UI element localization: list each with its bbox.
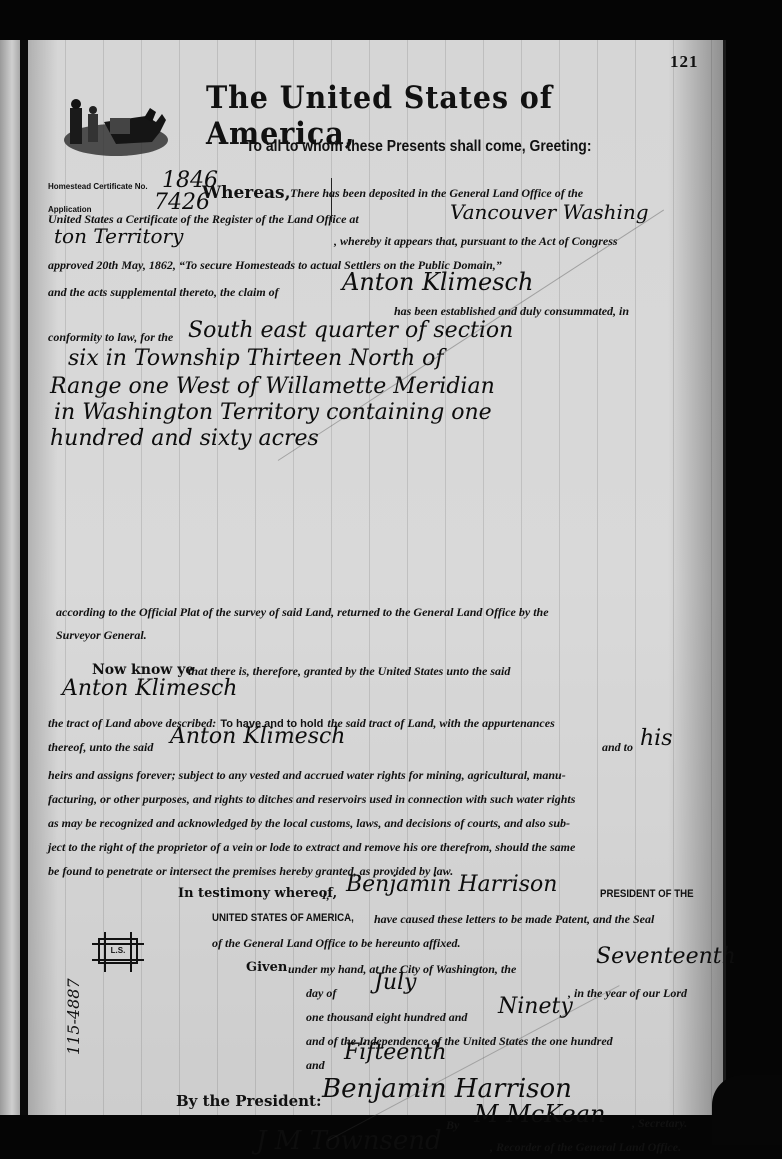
rights-line-3: as may be recognized and acknowledged by…: [48, 816, 570, 831]
testimony-i: I,: [322, 888, 330, 903]
thereof-line: thereof, unto the said: [48, 740, 153, 755]
plat-line-1: according to the Official Plat of the su…: [56, 605, 549, 620]
year-of-lord: , in the year of our Lord: [568, 986, 687, 1001]
land-description-line-2: six in Township Thirteen North of: [68, 346, 444, 371]
book-spine: [20, 40, 28, 1115]
rights-line-4: ject to the right of the proprietor of a…: [48, 840, 575, 855]
thousand-line: one thousand eight hundred and: [306, 1010, 467, 1025]
homestead-certificate-label: Homestead Certificate No.: [48, 182, 148, 191]
by-label: By: [446, 1118, 459, 1133]
usa-caps: UNITED STATES OF AMERICA,: [212, 912, 354, 924]
claimant-name: Anton Klimesch: [342, 268, 533, 296]
land-description-line-4: in Washington Territory containing one: [54, 400, 492, 425]
secretary-signature: M McKean: [474, 1100, 605, 1128]
president-name-handwritten: Benjamin Harrison: [346, 872, 557, 897]
his-word: his: [640, 726, 673, 751]
land-description-line-3: Range one West of Willamette Meridian: [50, 374, 495, 399]
president-of-the: PRESIDENT OF THE: [600, 888, 694, 900]
seal-line: of the General Land Office to be hereunt…: [212, 936, 461, 951]
whereas-heading: Whereas,: [202, 183, 291, 203]
thumb-shadow: [712, 1075, 782, 1145]
rights-line-2: facturing, or other purposes, and rights…: [48, 792, 575, 807]
page-edge: [723, 40, 726, 1115]
farm-scene-engraving-icon: [56, 92, 168, 160]
adjacent-page-edge: [0, 40, 20, 1115]
recorder-title: , Recorder of the General Land Office.: [490, 1140, 681, 1155]
hold-line-text-2: the said tract of Land, with the appurte…: [327, 716, 554, 730]
day-of-label: day of: [306, 986, 336, 1001]
whereas-line-1: There has been deposited in the General …: [290, 186, 583, 201]
land-description-line-5: hundred and sixty acres: [50, 426, 319, 451]
whereas-line-3: , whereby it appears that, pursuant to t…: [334, 234, 618, 249]
greeting-line: To all to whom these Presents shall come…: [246, 138, 591, 156]
and-word: and: [306, 1058, 325, 1073]
independence-year-handwritten: Fifteenth: [344, 1040, 447, 1065]
whereas-line-5: and the acts supplemental thereto, the c…: [48, 285, 279, 300]
seal-placeholder: L.S.: [98, 938, 138, 964]
in-testimony-heading: In testimony whereof,: [178, 886, 337, 901]
month-handwritten: July: [374, 970, 416, 995]
grantee-name: Anton Klimesch: [62, 676, 237, 701]
rights-line-1: heirs and assigns forever; subject to an…: [48, 768, 566, 783]
land-office-location: Vancouver Washing: [450, 200, 649, 224]
plat-line-2: Surveyor General.: [56, 628, 147, 643]
land-office-location-cont: ton Territory: [54, 224, 183, 248]
whereas-line-7: conformity to law, for the: [48, 330, 173, 345]
page-number: 121: [670, 52, 699, 72]
day-handwritten: Seventeenth: [596, 944, 736, 969]
secretary-title: , Secretary.: [632, 1116, 687, 1131]
recorder-signature: J M Townsend: [256, 1126, 442, 1156]
document-page: 121 The United States of America, To all…: [28, 40, 726, 1115]
whereas-line-6: has been established and duly consummate…: [394, 304, 629, 319]
margin-note: 115-4887: [64, 978, 83, 1055]
caused-line: have caused these letters to be made Pat…: [374, 912, 654, 927]
by-the-president-heading: By the President:: [176, 1092, 322, 1110]
grantee-name-2: Anton Klimesch: [170, 724, 345, 749]
and-to-label: and to: [602, 740, 633, 755]
given-heading: Given: [246, 960, 287, 975]
